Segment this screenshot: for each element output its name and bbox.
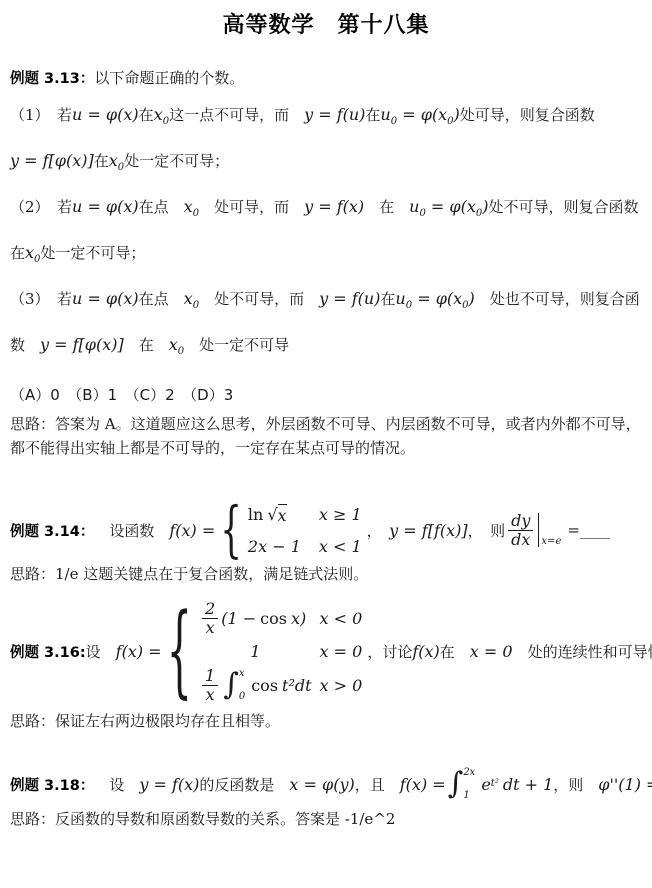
denominator: x [202, 618, 218, 637]
numerator: 1 [202, 667, 218, 685]
piecewise-rows: ln√x x ≥ 1 2x − 1 x < 1 [248, 504, 362, 556]
piecewise-cond-1: x ≥ 1 [319, 505, 362, 524]
evaluation-bar [538, 513, 539, 547]
math-run: x [169, 335, 178, 354]
text-run: 设 [86, 641, 116, 662]
problem-3-16-solution-note: 思路：保证左右两边极限均存在且相等。 [10, 709, 642, 733]
math-run: x = φ(y) [289, 775, 354, 794]
text-run: 在 [139, 106, 154, 124]
math-run: y = f(x) [304, 197, 364, 216]
text-run: 在 [440, 641, 470, 662]
radicand: x [278, 504, 287, 525]
proposition-3-line-1: （3） 若u = φ(x)在点 x0 处不可导，而 y = f(u)在u0 = … [10, 276, 642, 322]
problem-3-16: 例题 3.16: 设 f(x) = { 2x(1 −cosx) x < 0 1 … [10, 600, 642, 703]
text-run: 处可导，则复合函数 [460, 106, 595, 124]
math-run: (1 − [221, 609, 256, 628]
lower-limit: 0 [239, 691, 245, 702]
text-run: （2） 若 [10, 198, 72, 216]
math-run: u = φ(x) [72, 105, 139, 124]
math-run: y = f(u) [319, 289, 380, 308]
text-run: 处一定不可导； [124, 152, 229, 170]
denominator: x [202, 685, 218, 704]
piecewise-function: { ln√x x ≥ 1 2x − 1 x < 1 [220, 504, 361, 556]
math-run: u [409, 197, 419, 216]
lower-limit: 1 [463, 790, 475, 801]
math-run: u = φ(x) [72, 197, 139, 216]
piecewise-expr-3: 1x∫x0cost²dt [199, 667, 312, 703]
proposition-3-line-2: 数 y = f[φ(x)] 在 x0 处一定不可导 [10, 322, 642, 368]
math-run: x = 0 [470, 642, 513, 661]
answer-options: （A）0 （B）1 （C）2 （D）3 [10, 384, 642, 406]
text-run: 处可导，而 [199, 198, 304, 216]
problem-label: 例题 3.16: [10, 641, 86, 662]
text-run: 处一定不可导 [184, 336, 289, 354]
problem-3-14-solution-note: 思路：1/e 这题关键点在于复合函数，满足链式法则。 [10, 562, 642, 586]
text-run: 思路：1/e 这题关键点在于复合函数，满足链式法则。 [10, 565, 368, 583]
text-run: 在 [94, 152, 109, 170]
text-run: 在 [365, 106, 380, 124]
text-run: ，且 [355, 774, 400, 795]
math-run: y = f[f(x)] [389, 521, 467, 540]
proposition-1-line-2: y = f[φ(x)]在x0处一定不可导； [10, 138, 642, 184]
math-run: u [380, 105, 390, 124]
integral-limits: 2x1 [463, 767, 475, 801]
text-run: （1） 若 [10, 106, 72, 124]
piecewise-cond-2: x < 1 [319, 537, 362, 556]
text-run: 思路：反函数的导数和原函数导数的关系。答案是 -1/e^2 [10, 810, 395, 828]
math-run: x) [291, 609, 306, 628]
piecewise-cond-1: x < 0 [320, 609, 363, 628]
text-run: 处不可导，而 [199, 290, 319, 308]
piecewise-expr-2: 2x − 1 [248, 537, 301, 556]
numerator: dy [508, 512, 533, 530]
text-run: 处的连续性和可导性 [513, 641, 652, 662]
math-run: f(x) [412, 642, 439, 661]
piecewise-expr-2: 1 [250, 642, 260, 661]
problem-3-18-solution-note: 思路：反函数的导数和原函数导数的关系。答案是 -1/e^2 [10, 807, 642, 831]
math-run: = φ(x [397, 105, 447, 124]
text-run: 在点 [139, 198, 184, 216]
math-run: x [25, 243, 34, 262]
text-run: 思路：保证左右两边极限均存在且相等。 [10, 712, 280, 730]
text-run: 以下命题正确的个数。 [94, 69, 244, 87]
math-run: x [109, 151, 118, 170]
fraction: 2x [202, 600, 218, 636]
text-run: ，讨论 [367, 641, 412, 662]
left-brace: { [220, 499, 242, 560]
document-page: 高等数学 第十八集 例题 3.13：以下命题正确的个数。 （1） 若u = φ(… [0, 0, 652, 888]
page-title: 高等数学 第十八集 [10, 8, 642, 39]
evaluation-point: x=e [541, 536, 561, 547]
text-run: ，则 [553, 774, 598, 795]
math-run: f(x) = [169, 521, 215, 540]
text-run: ， 则 [468, 520, 506, 541]
problem-3-13-solution-note: 思路：答案为 A。这道题应这么思考，外层函数不可导、内层函数不可导，或者内外都不… [10, 412, 642, 460]
text-run: 的反函数是 [199, 774, 289, 795]
math-run: dt + 1 [503, 775, 553, 794]
math-run: x [184, 197, 193, 216]
proposition-1-line-1: （1） 若u = φ(x)在x0这一点不可导，而 y = f(u)在u0 = φ… [10, 92, 642, 138]
math-run: = φ(x [412, 289, 462, 308]
math-run: u [395, 289, 405, 308]
math-run: cos [251, 676, 278, 695]
answer-blank: ____ [580, 521, 610, 539]
sqrt-sign: √ [267, 505, 277, 524]
math-run: y = f[φ(x)] [40, 335, 124, 354]
piecewise-expr-1: 2x(1 −cosx) [199, 600, 312, 636]
math-run: ln [248, 505, 263, 524]
upper-limit: 2x [463, 767, 475, 778]
text-run: 数 [10, 336, 40, 354]
upper-limit: x [239, 668, 245, 679]
math-run: x [184, 289, 193, 308]
problem-3-14: 例题 3.14： 设函数 f(x) = { ln√x x ≥ 1 2x − 1 … [10, 504, 642, 556]
math-run: y = f[φ(x)] [10, 151, 94, 170]
math-run: = φ(x [426, 197, 476, 216]
proposition-2-line-2: 在x0处一定不可导； [10, 230, 642, 276]
denominator: dx [508, 530, 533, 549]
text-run: （3） 若 [10, 290, 72, 308]
math-run: y = f(u) [304, 105, 365, 124]
text-run: 处不可导，则复合函数 [489, 198, 639, 216]
piecewise-rows: 2x(1 −cosx) x < 0 1 x = 0 1x∫x0cost²dt x… [199, 600, 362, 703]
text-run: 思路：答案为 A。这道题应这么思考，外层函数不可导、内层函数不可导，或者内外都不… [10, 415, 641, 457]
text-run: ， [367, 520, 390, 541]
text-run: 设函数 [94, 520, 169, 541]
numerator: 2 [202, 600, 218, 618]
problem-label: 例题 3.18： [10, 774, 94, 795]
problem-3-13-heading: 例题 3.13：以下命题正确的个数。 [10, 67, 642, 90]
options-text: （A）0 （B）1 （C）2 （D）3 [10, 386, 233, 404]
piecewise-cond-3: x > 0 [320, 676, 363, 695]
integral-sign: ∫ [223, 670, 239, 700]
problem-label: 例题 3.14： [10, 520, 94, 541]
derivative-fraction: dydx [508, 512, 533, 548]
proposition-2-line-1: （2） 若u = φ(x)在点 x0 处可导，而 y = f(x) 在 u0 =… [10, 184, 642, 230]
integral: ∫x0 [223, 668, 249, 702]
math-run: e [481, 775, 490, 794]
math-run: φ''(1) = [598, 775, 652, 794]
text-run: 在 [364, 198, 409, 216]
piecewise-function: { 2x(1 −cosx) x < 0 1 x = 0 1x∫x0cost²dt… [167, 600, 363, 703]
problem-3-13-propositions: （1） 若u = φ(x)在x0这一点不可导，而 y = f(u)在u0 = φ… [10, 92, 642, 368]
left-brace: { [167, 602, 192, 702]
math-run: u = φ(x) [72, 289, 139, 308]
text-run: 设 [94, 774, 139, 795]
integral: ∫2x1 [448, 767, 480, 801]
math-run: cos [260, 609, 287, 628]
math-run: f(x) = [400, 775, 446, 794]
problem-label: 例题 3.13： [10, 71, 94, 87]
fraction: 1x [202, 667, 218, 703]
integral-sign: ∫ [448, 769, 464, 799]
text-run: 处一定不可导； [40, 244, 145, 262]
piecewise-expr-1: ln√x [248, 504, 301, 525]
math-run: f(x) = [116, 642, 162, 661]
equals-sign: = [567, 521, 580, 539]
text-run: 在 [124, 336, 169, 354]
math-run: t²dt [282, 676, 312, 695]
text-run: 在点 [139, 290, 184, 308]
text-run: 处也不可导，则复合函 [475, 290, 640, 308]
piecewise-cond-2: x = 0 [320, 642, 363, 661]
text-run: 在 [380, 290, 395, 308]
text-run: 这一点不可导，而 [169, 106, 304, 124]
math-run: y = f(x) [139, 775, 199, 794]
problem-3-18: 例题 3.18： 设 y = f(x) 的反函数是 x = φ(y) ，且 f(… [10, 767, 642, 801]
integral-limits: x0 [239, 668, 245, 702]
text-run: 在 [10, 244, 25, 262]
math-run: x [154, 105, 163, 124]
